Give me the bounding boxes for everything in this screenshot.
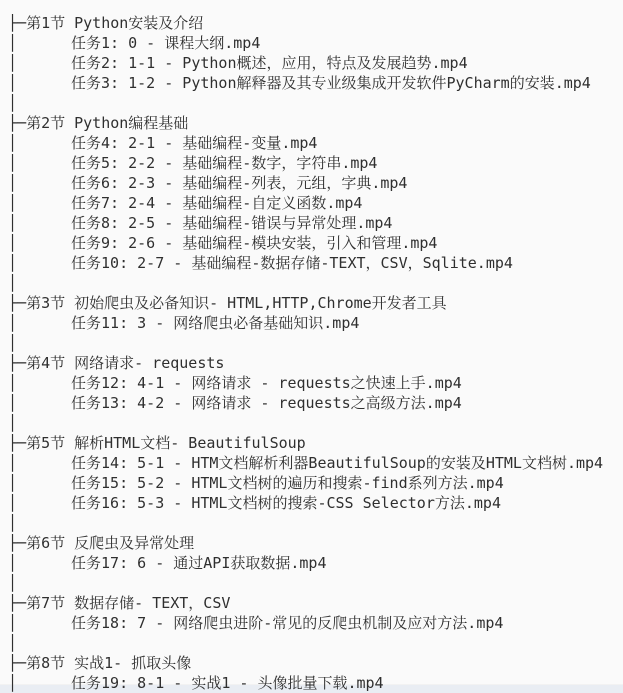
task-label: 任务7: 2-4 - 基础编程-自定义函数.mp4 [71,193,362,213]
tree-branch-icon: │ [8,193,17,213]
tree-branch-icon: │ [8,373,17,393]
tree-branch-icon: │ [8,173,17,193]
tree-branch-icon: │ [8,253,17,273]
tree-branch-icon: │ [8,213,17,233]
tree-branch-icon: │ [8,153,17,173]
tree-section-line: ├─第1节 Python安装及介绍 [8,13,623,33]
tree-task-line: │任务8: 2-5 - 基础编程-错误与异常处理.mp4 [8,213,623,233]
tree-branch-icon: │ [8,493,17,513]
course-listing-page: ├─第1节 Python安装及介绍│任务1: 0 - 课程大纲.mp4│任务2:… [0,0,623,693]
section-title: 第7节 数据存储- TEXT，CSV [26,593,230,613]
task-label: 任务1: 0 - 课程大纲.mp4 [71,33,260,53]
task-label: 任务9: 2-6 - 基础编程-模块安装，引入和管理.mp4 [71,233,437,253]
task-label: 任务3: 1-2 - Python解释器及其专业级集成开发软件PyCharm的安… [71,73,591,93]
task-label: 任务4: 2-1 - 基础编程-变量.mp4 [71,133,317,153]
tree-section-line: ├─第4节 网络请求- requests [8,353,623,373]
tree-task-line: │任务14: 5-1 - HTM文档解析利器BeautifulSoup的安装及H… [8,453,623,473]
tree-section-line: ├─第5节 解析HTML文档- BeautifulSoup [8,433,623,453]
tree-branch-icon: ├─ [8,293,26,313]
tree-branch-icon: │ [8,393,17,413]
task-label: 任务2: 1-1 - Python概述，应用，特点及发展趋势.mp4 [71,53,468,73]
tree-branch-icon: │ [8,453,17,473]
task-label: 任务16: 5-3 - HTML文档树的搜索-CSS Selector方法.mp… [71,493,501,513]
tree-task-line: │任务2: 1-1 - Python概述，应用，特点及发展趋势.mp4 [8,53,623,73]
section-title: 第2节 Python编程基础 [26,113,188,133]
tree-branch-icon: ├─ [8,353,26,373]
tree-branch-icon: ├─ [8,533,26,553]
tree-branch-icon: │ [8,233,17,253]
tree-branch-icon: ├─ [8,653,26,673]
tree-spacer-line: │ [8,413,623,433]
tree-branch-icon: │ [8,613,17,633]
task-label: 任务10: 2-7 - 基础编程-数据存储-TEXT，CSV，Sqlite.mp… [71,253,513,273]
tree-task-line: │任务12: 4-1 - 网络请求 - requests之快速上手.mp4 [8,373,623,393]
tree-task-line: │任务11: 3 - 网络爬虫必备基础知识.mp4 [8,313,623,333]
task-label: 任务15: 5-2 - HTML文档树的遍历和搜索-find系列方法.mp4 [71,473,504,493]
tree-branch-icon: │ [8,573,17,593]
tree-task-line: │任务7: 2-4 - 基础编程-自定义函数.mp4 [8,193,623,213]
tree-task-line: │任务18: 7 - 网络爬虫进阶-常见的反爬虫机制及应对方法.mp4 [8,613,623,633]
tree-spacer-line: │ [8,273,623,293]
tree-task-line: │任务4: 2-1 - 基础编程-变量.mp4 [8,133,623,153]
tree-task-line: │任务16: 5-3 - HTML文档树的搜索-CSS Selector方法.m… [8,493,623,513]
tree-spacer-line: │ [8,333,623,353]
tree-branch-icon: │ [8,473,17,493]
task-label: 任务18: 7 - 网络爬虫进阶-常见的反爬虫机制及应对方法.mp4 [71,613,503,633]
task-label: 任务6: 2-3 - 基础编程-列表，元组，字典.mp4 [71,173,407,193]
tree-branch-icon: │ [8,553,17,573]
section-title: 第1节 Python安装及介绍 [26,13,203,33]
tree-task-line: │任务17: 6 - 通过API获取数据.mp4 [8,553,623,573]
section-title: 第6节 反爬虫及异常处理 [26,533,194,553]
tree-branch-icon: ├─ [8,593,26,613]
task-label: 任务19: 8-1 - 实战1 - 头像批量下载.mp4 [71,673,384,693]
tree-spacer-line: │ [8,93,623,113]
tree-branch-icon: │ [8,333,17,353]
tree-task-line: │任务1: 0 - 课程大纲.mp4 [8,33,623,53]
tree-task-line: │任务3: 1-2 - Python解释器及其专业级集成开发软件PyCharm的… [8,73,623,93]
tree-task-line: │任务13: 4-2 - 网络请求 - requests之高级方法.mp4 [8,393,623,413]
tree-section-line: ├─第6节 反爬虫及异常处理 [8,533,623,553]
tree-section-line: ├─第8节 实战1- 抓取头像 [8,653,623,673]
task-label: 任务13: 4-2 - 网络请求 - requests之高级方法.mp4 [71,393,462,413]
tree-spacer-line: │ [8,513,623,533]
tree-task-line: │任务6: 2-3 - 基础编程-列表，元组，字典.mp4 [8,173,623,193]
tree-branch-icon: │ [8,313,17,333]
tree-branch-icon: │ [8,33,17,53]
tree-branch-icon: │ [8,73,17,93]
tree-task-line: │任务9: 2-6 - 基础编程-模块安装，引入和管理.mp4 [8,233,623,253]
tree-branch-icon: │ [8,413,17,433]
tree-branch-icon: │ [8,133,17,153]
task-label: 任务12: 4-1 - 网络请求 - requests之快速上手.mp4 [71,373,462,393]
tree-task-line: │任务15: 5-2 - HTML文档树的遍历和搜索-find系列方法.mp4 [8,473,623,493]
tree-branch-icon: │ [8,273,17,293]
tree-task-line: │任务19: 8-1 - 实战1 - 头像批量下载.mp4 [8,673,623,693]
tree-branch-icon: ├─ [8,433,26,453]
tree-task-line: │任务5: 2-2 - 基础编程-数字，字符串.mp4 [8,153,623,173]
task-label: 任务5: 2-2 - 基础编程-数字，字符串.mp4 [71,153,377,173]
tree-section-line: ├─第3节 初始爬虫及必备知识- HTML,HTTP,Chrome开发者工具 [8,293,623,313]
tree-section-line: ├─第2节 Python编程基础 [8,113,623,133]
task-label: 任务17: 6 - 通过API获取数据.mp4 [71,553,326,573]
tree-branch-icon: │ [8,93,17,113]
task-label: 任务11: 3 - 网络爬虫必备基础知识.mp4 [71,313,359,333]
tree-spacer-line: │ [8,573,623,593]
section-title: 第3节 初始爬虫及必备知识- HTML,HTTP,Chrome开发者工具 [26,293,447,313]
task-label: 任务8: 2-5 - 基础编程-错误与异常处理.mp4 [71,213,392,233]
section-title: 第8节 实战1- 抓取头像 [26,653,191,673]
section-title: 第5节 解析HTML文档- BeautifulSoup [26,433,306,453]
tree-branch-icon: ├─ [8,13,26,33]
section-title: 第4节 网络请求- requests [26,353,224,373]
tree-section-line: ├─第7节 数据存储- TEXT，CSV [8,593,623,613]
tree-branch-icon: │ [8,53,17,73]
tree-branch-icon: ├─ [8,113,26,133]
task-label: 任务14: 5-1 - HTM文档解析利器BeautifulSoup的安装及HT… [71,453,603,473]
tree-branch-icon: │ [8,633,17,653]
tree-branch-icon: │ [8,673,17,693]
tree-branch-icon: │ [8,513,17,533]
tree-spacer-line: │ [8,633,623,653]
tree-task-line: │任务10: 2-7 - 基础编程-数据存储-TEXT，CSV，Sqlite.m… [8,253,623,273]
course-tree: ├─第1节 Python安装及介绍│任务1: 0 - 课程大纲.mp4│任务2:… [0,0,623,693]
